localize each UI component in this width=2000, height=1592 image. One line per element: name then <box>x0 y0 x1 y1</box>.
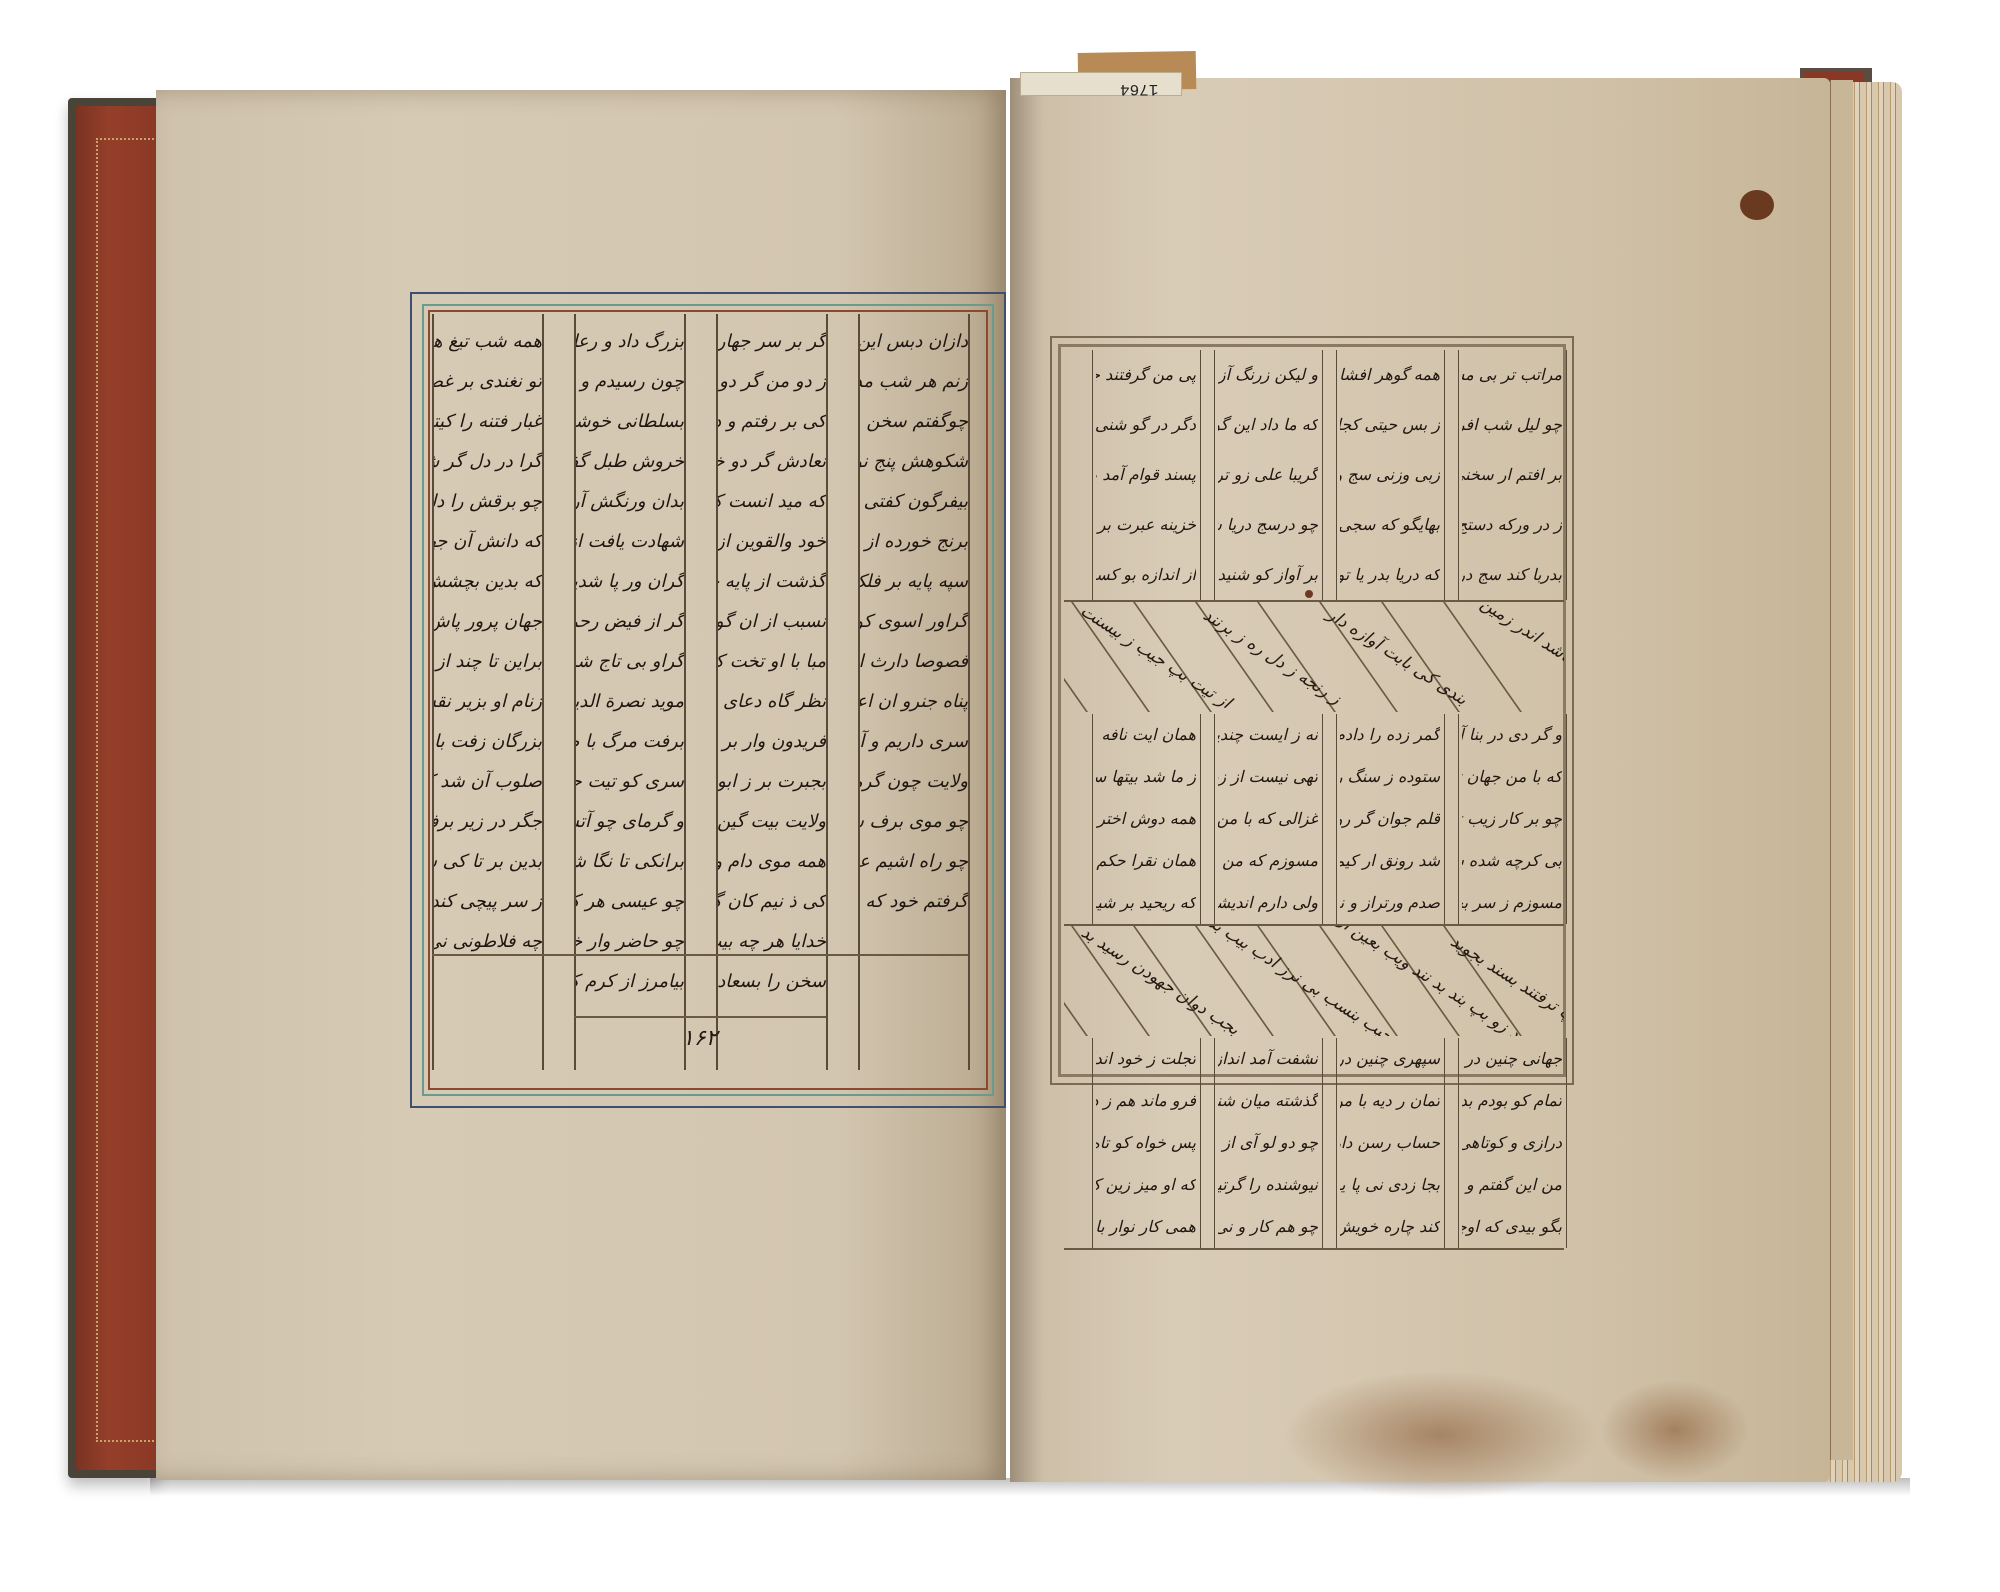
verse-line: همه گوهر افشاندن بی قیاس <box>1340 350 1440 400</box>
verse-line: گر از فیض رحمت حسب ساقی <box>574 602 684 642</box>
verse-line: چو برقش را دل و مردن یکی بود <box>432 482 542 522</box>
verse-line: خدایا هر چه بیت ز سو کاری <box>716 922 826 962</box>
column-rule <box>1214 350 1215 600</box>
verse-line: زبی وزنی سج و ما بر نشاند <box>1340 450 1440 500</box>
verse-line: که مید انست که طبل رحیل است <box>716 482 826 522</box>
column-rule <box>1444 350 1445 600</box>
verse-line: ز ما شد بیتها سی کتاب <box>1096 756 1196 798</box>
verse-line: چو لیل شب افروزدم اندکی پو <box>1462 400 1562 450</box>
verse-line: فرو ماند هم ز دو خوابد کشت <box>1096 1080 1196 1122</box>
column-rule <box>1200 714 1201 924</box>
verse-line: چو حاضر وار خدای قیمت مرد <box>574 922 684 962</box>
verse-line: غبار فتنه را کیتی فرو رفت <box>432 402 542 442</box>
column-rule <box>1566 350 1567 600</box>
verse-line: ز سر پیچی کند مردم کمانی <box>432 882 542 922</box>
column-rule <box>1336 1038 1337 1248</box>
verse-line: بزرگ داد و رعام انجاد و ید <box>574 322 684 362</box>
verse-line: بزرگان زفت با دیوی کرمان <box>432 722 542 762</box>
verse-line: گریبا علی زو تر گنج ات <box>1218 450 1318 500</box>
verse-line: فصوصا دارث اعمار شاهان <box>858 642 968 682</box>
column-rule <box>1336 714 1337 924</box>
verse-line: بدربا کند سج در یا بدید <box>1462 550 1562 600</box>
verse-line: پس خواه کو تاه و مو لی فراز <box>1096 1122 1196 1164</box>
verse-line: گمر زده را دادم از باج <box>1340 714 1440 756</box>
left-text-columns: دازان دبس این ولیت شب روززنم هر شب مدان … <box>432 314 984 1086</box>
verse-line: ز دو من گر دو سنی بر برد و عاری <box>716 362 826 402</box>
verse-line: حساب رسن دار دو جا <box>1340 1122 1440 1164</box>
column-rule <box>1200 1038 1201 1248</box>
verse-line: پی من گرفتند چندین گروه <box>1096 350 1196 400</box>
verse-line: سری داریم و آن سر رسم پیشند <box>858 722 968 762</box>
column-rule <box>826 314 828 1070</box>
left-cover-gold-tooling <box>96 138 158 1442</box>
stain-spot <box>1740 190 1774 220</box>
verse-line: که ما داد این گو هر بیت اع <box>1218 400 1318 450</box>
verse-line: گراور اسوی کو سرگرم شد جای <box>858 602 968 642</box>
verse-line: همان نقرا حکم کو خویش بود <box>1096 840 1196 882</box>
verse-line: گران ور پا شدین در بایجانید <box>574 562 684 602</box>
verse-line: نسبب از ان گو هر ماه و ر بی <box>716 602 826 642</box>
column-rule <box>1444 1038 1445 1248</box>
verse-line: سپهری چنین در کش اند اختن <box>1340 1038 1440 1080</box>
verse-line: بسلطانی خوشه نوبت فرو کوفت <box>574 402 684 442</box>
water-stain <box>1280 1370 1600 1500</box>
verse-line: بر افتم ار سخنی کار شناسان <box>1462 450 1562 500</box>
verse-line: تجلت ز خود انداز بجال من <box>1096 1038 1196 1080</box>
verse-line: چو درسج دریا شنید کسی <box>1218 500 1318 550</box>
verse-line: جگر در زیر برف آبگیریم <box>432 802 542 842</box>
verse-line: شکوهش پنج نوبت بر فلک زد <box>858 442 968 482</box>
verse-line: چو راه اشیم عبرت بین پیا است <box>858 842 968 882</box>
verse-line: سری کو تیت جلاد و سپید <box>574 762 684 802</box>
verse-line: برنج خورده از باغ جوانی <box>858 522 968 562</box>
verse-line: تمان ر دیه با من بد لا کی <box>1340 1080 1440 1122</box>
verse-line: مسوزم که من ز سرور و دار دی <box>1218 840 1318 882</box>
verse-line: چو عیسی هر که دار و تو بیابی <box>574 882 684 922</box>
verse-line: گذشت از پایه خاک و آلی <box>716 562 826 602</box>
verse-line: گراو بی تاج شد تا چشن رضا بان <box>574 642 684 682</box>
horizontal-rule <box>1064 1248 1564 1250</box>
verse-line: ستوده ز سنگ رستی بی تکمید <box>1340 756 1440 798</box>
column-rule <box>1566 1038 1567 1248</box>
column-rule <box>574 314 576 1070</box>
verse-line: نعادش گر دو خفت اعلام را خود <box>716 442 826 482</box>
column-rule <box>1336 350 1337 600</box>
diagonal-verse-band: بپ ترفتند بسند بجویدبجد زو بپ بند بد نند… <box>1064 926 1564 1036</box>
left-text-frame: دازان دبس این ولیت شب روززنم هر شب مدان … <box>410 292 1006 1108</box>
verse-line: بر آواز کو شنید بگسیخت <box>1218 550 1318 600</box>
verse-line: نه ز ایست چندین سخن راندم <box>1218 714 1318 756</box>
verse-line: که او میز زین کو کجا پگند رد <box>1096 1164 1196 1206</box>
verse-line: و لیکن زرنگ آز ما یان گره <box>1218 350 1318 400</box>
verse-line: تهی نیست از زده خوان من <box>1218 756 1318 798</box>
verse-line: موید نصرة الدین کا دن بیش <box>574 682 684 722</box>
verse-line: گرا در دل گر شته در کوج کاست <box>432 442 542 482</box>
text-column: همه شب تیغ همت بر کشیدهتو نغندی بر غصو ا… <box>432 314 542 954</box>
verse-line: قلم جوان گر روز بر کار رد <box>1340 798 1440 840</box>
horizontal-rule <box>432 954 968 956</box>
verse-line: و گر دی در بنا آج در <box>1462 714 1562 756</box>
verse-line: زنام او بزیر نقش فیش <box>432 682 542 722</box>
verse-line: نظر گاه دعای نیکو اما ن <box>716 682 826 722</box>
verse-line: همه موی دام و دو بریزیم <box>716 842 826 882</box>
verse-line: چه فلاطونی نی چه آن کرد <box>432 922 542 962</box>
verse-line: دگر در گو شنی برون ز باغ <box>1096 400 1196 450</box>
verse-line: بجا زدی نی پا یدن بعین خواند <box>1340 1164 1440 1206</box>
column-rule <box>1214 714 1215 924</box>
verse-line: فریدون وار بر بام مبارک <box>716 722 826 762</box>
column-rule <box>1458 350 1459 600</box>
verse-line: خزینه عبرت بر باش ما بی <box>1096 500 1196 550</box>
column-rule <box>1214 1038 1215 1248</box>
verse-line: غزالی که با من در ستی بود <box>1218 798 1318 840</box>
verse-line: ولایت چون گرمار آکو کجا است <box>858 762 968 802</box>
water-stain <box>1600 1380 1750 1480</box>
verse-line: خود والقوین از آب زند کانی <box>716 522 826 562</box>
verse-line: بدین بر تا کی شاید بدیدن <box>432 842 542 882</box>
verse-line: گر بر سر جهارم ناید امروز <box>716 322 826 362</box>
verse-line: که بدین بچشش ازان در بخشا نید <box>432 562 542 602</box>
verse-line: بهایگو که سجی بهیا بیاین <box>1340 500 1440 550</box>
verse-line: جهان پرور پاش ماند باقی <box>432 602 542 642</box>
column-rule <box>1200 350 1201 600</box>
verse-line: بیامرز از کرم کامرز کاری <box>574 962 684 1002</box>
verse-line: تمام کو بودم بده سالکی <box>1462 1080 1562 1122</box>
verse-line: پسند قوام آمد بیت <box>1096 450 1196 500</box>
verse-line: شد رونق ار کیم ار سخن <box>1340 840 1440 882</box>
text-column: گر بر سر جهارم ناید امروزز دو من گر دو س… <box>716 314 826 1014</box>
verse-line: خروش طبل گفتی تا بجا است <box>574 442 684 482</box>
verse-line: کی بر رفتم و در ختم کجا ماند <box>716 402 826 442</box>
verse-line: بگو بیدی که اوچون گذشت از جهان <box>1462 1206 1562 1248</box>
verse-line: دازان دبس این ولیت شب روز <box>858 322 968 362</box>
column-rule <box>1092 714 1093 924</box>
column-rule <box>1322 714 1323 924</box>
column-rule <box>1458 1038 1459 1248</box>
column-rule <box>1444 714 1445 924</box>
right-text-frame: مراتب تر بی مست گو هر شناسیچو لیل شب افر… <box>1050 336 1574 1085</box>
folio-number: ۱۶۲ <box>682 1026 717 1051</box>
column-rule <box>1458 714 1459 924</box>
text-column: دازان دبس این ولیت شب روززنم هر شب مدان … <box>858 314 968 954</box>
verse-line: همه شب تیغ همت بر کشیده <box>432 322 542 362</box>
verse-line: برانکی تا نگا شاید رسیدن <box>574 842 684 882</box>
column-rule <box>968 314 970 1070</box>
column-rule <box>716 314 718 1070</box>
verse-line: چوگفتم سخن محمل کی راند <box>858 402 968 442</box>
verse-line: سپه پایه بر فلک زو زرین حلی <box>858 562 968 602</box>
verse-line: صلوب آن شد که بر زا نو نشیند <box>432 762 542 802</box>
verse-line: مسوزم ز سر بخا تهیت ز سایا <box>1462 882 1562 924</box>
verse-line: ز در ورکه دستج در با بسیان <box>1462 500 1562 550</box>
verse-line: گذشته میان شنه گاه دی <box>1218 1080 1318 1122</box>
column-rule <box>858 314 860 1070</box>
column-rule <box>432 314 434 1070</box>
verse-line: همان ایت نافه بر خواندم <box>1096 714 1196 756</box>
verse-line: نشفت آمد اندازه بجال من <box>1218 1038 1318 1080</box>
verse-line: که دریا بدر یا تو اند خرید <box>1340 550 1440 600</box>
verse-line: ز بس حیتی کجا بر نشاند <box>1340 400 1440 450</box>
verse-line: چو هم کار و نی دی درین ما ختن <box>1218 1206 1318 1248</box>
verse-line: بجبرت بر ز ابو نشسته <box>716 762 826 802</box>
verse-line: بی کرچه شده سال بر بن کهن <box>1462 840 1562 882</box>
verse-line: زنم هر شب مدان شمشیر بازی <box>858 362 968 402</box>
column-rule <box>1092 350 1093 600</box>
verse-line: من این گفتم و رتم قصه ماند <box>1462 1164 1562 1206</box>
verse-line: چو بر کار زیب تا باشد ور <box>1462 798 1562 840</box>
verse-line: نیوشنده را گرتیم خود و خود <box>1218 1164 1318 1206</box>
verse-line: چو دو لو آی از چه بدار فراز <box>1218 1122 1318 1164</box>
column-rule <box>542 314 544 1070</box>
column-rule <box>1092 1038 1093 1248</box>
verse-line: برفت مرگ با صد داغ حرمان <box>574 722 684 762</box>
verse-line: شهادت یافت از زخم بداندیش <box>574 522 684 562</box>
verse-line: کند چاره خویش با هم جان <box>1340 1206 1440 1248</box>
verse-line: همه دوش اختر بستی بود <box>1096 798 1196 840</box>
column-rule <box>1322 350 1323 600</box>
verse-line: بدان ورنگش آرام اذکی بود <box>574 482 684 522</box>
verse-line: که دانش آن جهانی زین جهان بیش <box>432 522 542 562</box>
right-text-content: مراتب تر بی مست گو هر شناسیچو لیل شب افر… <box>1064 350 1560 1071</box>
verse-line: و گرمای چو آتش با ب کبریم <box>574 802 684 842</box>
verse-line: صدم ورتراز و نهد حق شناس <box>1340 882 1440 924</box>
verse-line: که ریحید بر شیراز گر تم کنید <box>1096 882 1196 924</box>
verse-line: ولی دارم اندیشه زر لیند <box>1218 882 1318 924</box>
verse-line: بیفرگون کفتی تا دو میل است <box>858 482 968 522</box>
horizontal-rule <box>574 1016 826 1018</box>
column-rule <box>1322 1038 1323 1248</box>
verse-line: که با من جهان تختی تکند <box>1462 756 1562 798</box>
bookmark-label: 1764 <box>1120 80 1158 98</box>
verse-line: براین تا چند از اتفاق باد <box>432 642 542 682</box>
verse-line: همی کار نوار باید ساختن <box>1096 1206 1196 1248</box>
verse-line: کی ذ نیم کان گل با کی بیست <box>716 882 826 922</box>
verse-line: چو موی برف سیر بر دیم <box>858 802 968 842</box>
diagonal-verse-band: چو ما در زمین تا باشد اندر زمین داربندی … <box>1064 602 1564 712</box>
verse-line: تو نغندی بر غصو ای اخرج کن زود <box>432 362 542 402</box>
verse-line: پناه جنرو ان اعظم آباک <box>858 682 968 722</box>
verse-line: مراتب تر بی مست گو هر شناسی <box>1462 350 1562 400</box>
verse-line: چون رسیدم و خو شنده شنود <box>574 362 684 402</box>
folded-page-flap <box>1830 80 1853 1460</box>
column-rule <box>684 314 686 1070</box>
verse-line: ولایت بیت گین زندان و جا <box>716 802 826 842</box>
verse-line: درازی و کوتاهی بال و ما <box>1462 1122 1562 1164</box>
verse-line: سخن را بسعادت ختم کردم <box>716 962 826 1002</box>
verse-line: از اندازه بو کسی پسند <box>1096 550 1196 600</box>
verse-line: مبا با او تخت کر از اکر ندی <box>716 642 826 682</box>
column-rule <box>1566 714 1567 924</box>
text-column: بزرگ داد و رعام انجاد و یدچون رسیدم و خو… <box>574 314 684 1014</box>
verse-line: جهانی چنین در غلط باختن <box>1462 1038 1562 1080</box>
verse-line: گرفتم خود که علاء رو جود <box>858 882 968 922</box>
